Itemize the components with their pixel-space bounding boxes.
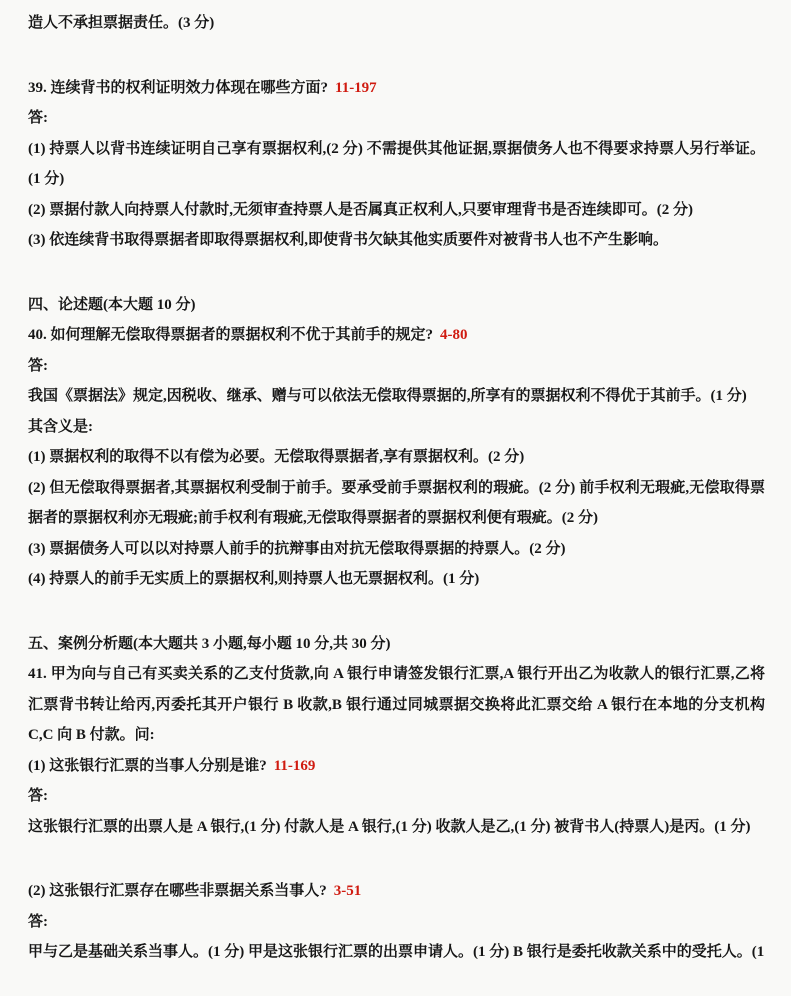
q39-point-1: (1) 持票人以背书连续证明自己享有票据权利,(2 分) 不需提供其他证据,票据…	[28, 134, 765, 195]
q41-sub1-question-line: (1) 这张银行汇票的当事人分别是谁?11-169	[28, 751, 765, 782]
q41-sub2-question: (2) 这张银行汇票存在哪些非票据关系当事人?	[28, 883, 327, 899]
fragment-line: 造人不承担票据责任。(3 分)	[28, 8, 765, 39]
section-4-heading: 四、论述题(本大题 10 分)	[28, 290, 765, 321]
answer-label-41-1: 答:	[28, 781, 765, 812]
q40-point-2: (2) 但无偿取得票据者,其票据权利受制于前手。要承受前手票据权利的瑕疵。(2 …	[28, 473, 765, 534]
q41-sub2-question-line: (2) 这张银行汇票存在哪些非票据关系当事人?3-51	[28, 876, 765, 907]
answer-label-41-2: 答:	[28, 907, 765, 938]
q39-point-2: (2) 票据付款人向持票人付款时,无须审查持票人是否属真正权利人,只要审理背书是…	[28, 195, 765, 226]
question-41-stem: 41. 甲为向与自己有买卖关系的乙支付货款,向 A 银行申请签发银行汇票,A 银…	[28, 659, 765, 751]
q39-point-3: (3) 依连续背书取得票据者即取得票据权利,即使背书欠缺其他实质要件对被背书人也…	[28, 225, 765, 256]
q41-sub1-ref: 11-169	[274, 758, 316, 774]
q40-intro: 我国《票据法》规定,因税收、继承、赠与可以依法无偿取得票据的,所享有的票据权利不…	[28, 381, 765, 412]
question-39-line: 39. 连续背书的权利证明效力体现在哪些方面?11-197	[28, 73, 765, 104]
question-40-line: 40. 如何理解无偿取得票据者的票据权利不优于其前手的规定?4-80	[28, 320, 765, 351]
question-40-ref: 4-80	[440, 327, 468, 343]
q41-sub2-answer: 甲与乙是基础关系当事人。(1 分) 甲是这张银行汇票的出票申请人。(1 分) B…	[28, 937, 765, 968]
answer-label-39: 答:	[28, 103, 765, 134]
question-39-ref: 11-197	[335, 80, 377, 96]
q41-sub1-answer: 这张银行汇票的出票人是 A 银行,(1 分) 付款人是 A 银行,(1 分) 收…	[28, 812, 765, 843]
q40-point-1: (1) 票据权利的取得不以有偿为必要。无偿取得票据者,享有票据权利。(2 分)	[28, 442, 765, 473]
question-40-text: 40. 如何理解无偿取得票据者的票据权利不优于其前手的规定?	[28, 327, 433, 343]
section-5-heading: 五、案例分析题(本大题共 3 小题,每小题 10 分,共 30 分)	[28, 629, 765, 660]
q41-sub2-ref: 3-51	[334, 883, 362, 899]
answer-label-40: 答:	[28, 351, 765, 382]
question-39-text: 39. 连续背书的权利证明效力体现在哪些方面?	[28, 80, 328, 96]
exam-answer-page: 造人不承担票据责任。(3 分) 39. 连续背书的权利证明效力体现在哪些方面?1…	[0, 0, 791, 996]
q40-point-4: (4) 持票人的前手无实质上的票据权利,则持票人也无票据权利。(1 分)	[28, 564, 765, 595]
q40-meaning-label: 其含义是:	[28, 412, 765, 443]
q41-sub1-question: (1) 这张银行汇票的当事人分别是谁?	[28, 758, 267, 774]
q40-point-3: (3) 票据债务人可以以对持票人前手的抗辩事由对抗无偿取得票据的持票人。(2 分…	[28, 534, 765, 565]
